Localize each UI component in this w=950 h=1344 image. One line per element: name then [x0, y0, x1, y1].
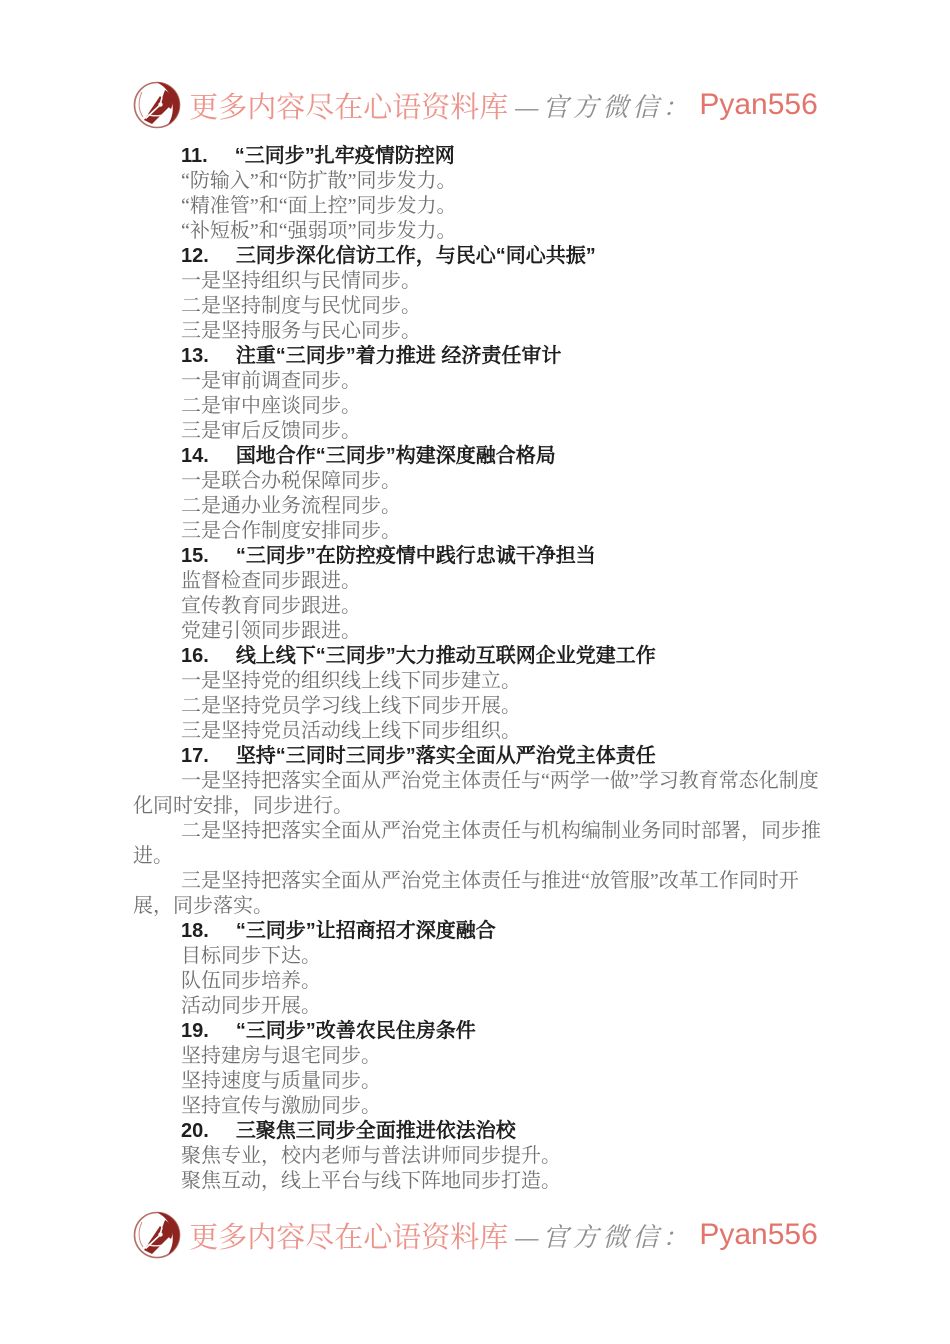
section-item: 目标同步下达。 [133, 944, 825, 969]
section-number: 12. [181, 245, 209, 267]
section-item: 一是联合办税保障同步。 [133, 469, 825, 494]
section-item: 二是通办业务流程同步。 [133, 494, 825, 519]
section-item: 三是坚持服务与民心同步。 [133, 319, 825, 344]
section-number: 18. [181, 920, 209, 942]
section-item: 二是审中座谈同步。 [133, 394, 825, 419]
brand-text: 更多内容尽在心语资料库 [189, 85, 508, 126]
section-number: 16. [181, 645, 209, 667]
section-item: 坚持速度与质量同步。 [133, 1069, 825, 1094]
wechat-id: Pyan556 [699, 88, 817, 122]
section: 17.坚持“三同时三同步”落实全面从严治党主体责任一是坚持把落实全面从严治党主体… [133, 744, 825, 919]
section-item: “防输入”和“防扩散”同步发力。 [133, 169, 825, 194]
section-item: 三是坚持把落实全面从严治党主体责任与推进“放管服”改革工作同时开展，同步落实。 [133, 869, 825, 919]
section: 16.线上线下“三同步”大力推动互联网企业党建工作一是坚持党的组织线上线下同步建… [133, 644, 825, 744]
section: 15.“三同步”在防控疫情中践行忠诚干净担当监督检查同步跟进。宣传教育同步跟进。… [133, 544, 825, 644]
section-item: “精准管”和“面上控”同步发力。 [133, 194, 825, 219]
section: 14.国地合作“三同步”构建深度融合格局一是联合办税保障同步。二是通办业务流程同… [133, 444, 825, 544]
section-title: 坚持“三同时三同步”落实全面从严治党主体责任 [236, 745, 656, 767]
section-heading: 11.“三同步”扎牢疫情防控网 [133, 144, 825, 169]
section-title: 线上线下“三同步”大力推动互联网企业党建工作 [236, 645, 656, 667]
section-title: 三同步深化信访工作，与民心“同心共振” [236, 245, 596, 267]
wechat-label: —官方微信： [515, 87, 692, 124]
section-item: “补短板”和“强弱项”同步发力。 [133, 219, 825, 244]
footer-watermark: 更多内容尽在心语资料库 —官方微信： Pyan556 [0, 1210, 950, 1260]
section-title: “三同步”在防控疫情中践行忠诚干净担当 [236, 545, 596, 567]
section-heading: 16.线上线下“三同步”大力推动互联网企业党建工作 [133, 644, 825, 669]
section-heading: 15.“三同步”在防控疫情中践行忠诚干净担当 [133, 544, 825, 569]
section-item: 聚焦专业，校内老师与普法讲师同步提升。 [133, 1144, 825, 1169]
section-number: 14. [181, 445, 209, 467]
section: 18.“三同步”让招商招才深度融合目标同步下达。队伍同步培养。活动同步开展。 [133, 919, 825, 1019]
section-number: 19. [181, 1020, 209, 1042]
document-page: 更多内容尽在心语资料库 —官方微信： Pyan556 11.“三同步”扎牢疫情防… [0, 0, 950, 1344]
section-item: 坚持建房与退宅同步。 [133, 1044, 825, 1069]
section-item: 队伍同步培养。 [133, 969, 825, 994]
section-title: “三同步”让招商招才深度融合 [236, 920, 496, 942]
section-number: 11. [181, 145, 208, 167]
wechat-label: —官方微信： [515, 1217, 692, 1254]
section-item: 坚持宣传与激励同步。 [133, 1094, 825, 1119]
section-heading: 18.“三同步”让招商招才深度融合 [133, 919, 825, 944]
section: 13.注重“三同步”着力推进 经济责任审计一是审前调查同步。二是审中座谈同步。三… [133, 344, 825, 444]
section-title: “三同步”改善农民住房条件 [236, 1020, 476, 1042]
section-heading: 19.“三同步”改善农民住房条件 [133, 1019, 825, 1044]
section-heading: 20.三聚焦三同步全面推进依法治校 [133, 1119, 825, 1144]
section-item: 聚焦互动，线上平台与线下阵地同步打造。 [133, 1169, 825, 1194]
wechat-id: Pyan556 [699, 1218, 817, 1252]
section-item: 三是坚持党员活动线上线下同步组织。 [133, 719, 825, 744]
section-heading: 13.注重“三同步”着力推进 经济责任审计 [133, 344, 825, 369]
section-item: 监督检查同步跟进。 [133, 569, 825, 594]
section: 19.“三同步”改善农民住房条件坚持建房与退宅同步。坚持速度与质量同步。坚持宣传… [133, 1019, 825, 1119]
section-heading: 12.三同步深化信访工作，与民心“同心共振” [133, 244, 825, 269]
section-item: 一是坚持党的组织线上线下同步建立。 [133, 669, 825, 694]
section-title: “三同步”扎牢疫情防控网 [235, 145, 455, 167]
pen-nib-logo-icon [132, 1210, 182, 1260]
brand-text: 更多内容尽在心语资料库 [189, 1215, 508, 1256]
section: 11.“三同步”扎牢疫情防控网“防输入”和“防扩散”同步发力。“精准管”和“面上… [133, 144, 825, 244]
section-item: 三是审后反馈同步。 [133, 419, 825, 444]
pen-nib-logo-icon [132, 80, 182, 130]
section-title: 国地合作“三同步”构建深度融合格局 [236, 445, 556, 467]
section-number: 17. [181, 745, 209, 767]
header-watermark: 更多内容尽在心语资料库 —官方微信： Pyan556 [0, 0, 950, 130]
section-item: 一是坚持把落实全面从严治党主体责任与“两学一做”学习教育常态化制度化同时安排，同… [133, 769, 825, 819]
section-item: 二是坚持党员学习线上线下同步开展。 [133, 694, 825, 719]
section-title: 注重“三同步”着力推进 经济责任审计 [236, 345, 562, 367]
document-body: 11.“三同步”扎牢疫情防控网“防输入”和“防扩散”同步发力。“精准管”和“面上… [133, 144, 825, 1194]
section-item: 宣传教育同步跟进。 [133, 594, 825, 619]
section-title: 三聚焦三同步全面推进依法治校 [236, 1120, 516, 1142]
section-item: 活动同步开展。 [133, 994, 825, 1019]
section-item: 一是审前调查同步。 [133, 369, 825, 394]
section-number: 20. [181, 1120, 209, 1142]
section-item: 三是合作制度安排同步。 [133, 519, 825, 544]
section-item: 一是坚持组织与民情同步。 [133, 269, 825, 294]
section-heading: 14.国地合作“三同步”构建深度融合格局 [133, 444, 825, 469]
section-item: 二是坚持把落实全面从严治党主体责任与机构编制业务同时部署，同步推进。 [133, 819, 825, 869]
section-item: 二是坚持制度与民忧同步。 [133, 294, 825, 319]
section: 20.三聚焦三同步全面推进依法治校聚焦专业，校内老师与普法讲师同步提升。聚焦互动… [133, 1119, 825, 1194]
section-number: 15. [181, 545, 209, 567]
section-item: 党建引领同步跟进。 [133, 619, 825, 644]
section-number: 13. [181, 345, 209, 367]
section: 12.三同步深化信访工作，与民心“同心共振”一是坚持组织与民情同步。二是坚持制度… [133, 244, 825, 344]
section-heading: 17.坚持“三同时三同步”落实全面从严治党主体责任 [133, 744, 825, 769]
